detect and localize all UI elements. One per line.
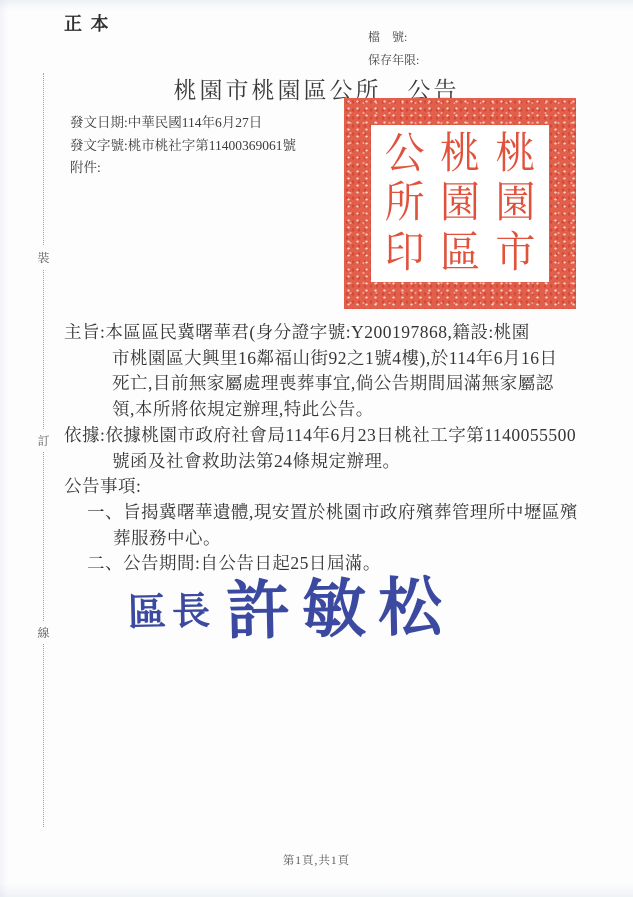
- seal-char: 所: [385, 182, 425, 225]
- subject-line: 死亡,目前無家屬處理喪葬事宜,倘公告期間屆滿無家屬認: [64, 371, 578, 397]
- binding-char-zhuang: 裝: [36, 246, 51, 269]
- seal-char: 公: [385, 132, 425, 175]
- official-seal-inner: 公 所 印 桃 園 區 桃 園 市: [371, 125, 549, 282]
- seal-column-left: 公 所 印: [377, 129, 432, 278]
- seal-char: 印: [385, 232, 425, 275]
- basis-line: 號函及社會救助法第24條規定辦理。: [64, 449, 578, 475]
- file-number-label: 檔 號:: [368, 26, 419, 49]
- item-text: 旨揭冀曙華遺體,現安置於桃園市政府殯葬管理所中壢區殯: [123, 502, 578, 522]
- document-meta: 發文日期:中華民國114年6月27日 發文字號:桃市桃社字第1140036906…: [70, 112, 296, 180]
- doc-number-label: 發文字號:: [70, 138, 128, 153]
- subject-label: 主旨:: [64, 322, 105, 342]
- signature-title: 區長: [127, 579, 226, 646]
- item-marker: 二、: [87, 553, 123, 573]
- basis-line: 依據:依據桃園市政府社會局114年6月23日桃社工字第1140055500: [64, 423, 578, 449]
- attachment-label: 附件:: [70, 160, 101, 175]
- doc-number-line: 發文字號:桃市桃社字第11400369061號: [70, 135, 296, 158]
- item-text: 公告期間:自公告日起25日屆滿。: [123, 553, 381, 573]
- item-marker: 一、: [87, 502, 123, 522]
- original-copy-label: 正 本: [64, 10, 111, 36]
- attachment-line: 附件:: [70, 157, 296, 180]
- issue-date-line: 發文日期:中華民國114年6月27日: [70, 112, 296, 135]
- scanned-official-announcement: 裝 訂 線 正 本 檔 號: 保存年限: 桃園市桃園區公所 公告 發文日期:中華…: [0, 0, 633, 897]
- page-number: 第1頁,共1頁: [0, 852, 633, 868]
- subject-line: 領,本所將依規定辦理,特此公告。: [64, 397, 578, 423]
- issue-date-label: 發文日期:: [70, 115, 128, 130]
- seal-char: 園: [440, 182, 480, 225]
- items-header: 公告事項:: [64, 474, 578, 500]
- official-seal: 公 所 印 桃 園 區 桃 園 市: [344, 98, 576, 309]
- announcement-item-1-continued: 葬服務中心。: [64, 526, 578, 552]
- seal-char: 桃: [495, 132, 535, 175]
- seal-char: 桃: [440, 132, 480, 175]
- announcement-item-1: 一、旨揭冀曙華遺體,現安置於桃園市政府殯葬管理所中壢區殯: [64, 500, 578, 526]
- basis-text: 依據桃園市政府社會局114年6月23日桃社工字第1140055500: [105, 425, 576, 445]
- issue-date-value: 中華民國114年6月27日: [128, 115, 263, 130]
- subject-line: 市桃園區大興里16鄰福山街92之1號4樓),於114年6月16日: [64, 346, 578, 372]
- mayor-signature: 區長 許敏松: [127, 575, 454, 647]
- binding-char-xian: 線: [36, 621, 51, 644]
- file-number-block: 檔 號: 保存年限:: [368, 26, 419, 72]
- seal-column-middle: 桃 園 區: [432, 129, 487, 278]
- seal-column-right: 桃 園 市: [488, 129, 543, 278]
- seal-char: 區: [440, 232, 480, 275]
- binding-char-ding: 訂: [36, 429, 51, 452]
- retention-period-label: 保存年限:: [368, 49, 419, 72]
- announcement-body: 主旨:本區區民冀曙華君(身分證字號:Y200197868,籍設:桃園 市桃園區大…: [64, 320, 578, 577]
- subject-line: 主旨:本區區民冀曙華君(身分證字號:Y200197868,籍設:桃園: [64, 320, 578, 346]
- signature-name: 許敏松: [225, 576, 454, 645]
- seal-char: 園: [495, 182, 535, 225]
- seal-char: 市: [495, 232, 535, 275]
- doc-number-value: 桃市桃社字第11400369061號: [128, 138, 296, 153]
- announcement-item-2: 二、公告期間:自公告日起25日屆滿。: [64, 551, 578, 577]
- subject-text: 本區區民冀曙華君(身分證字號:Y200197868,籍設:桃園: [105, 322, 529, 342]
- basis-label: 依據:: [64, 425, 105, 445]
